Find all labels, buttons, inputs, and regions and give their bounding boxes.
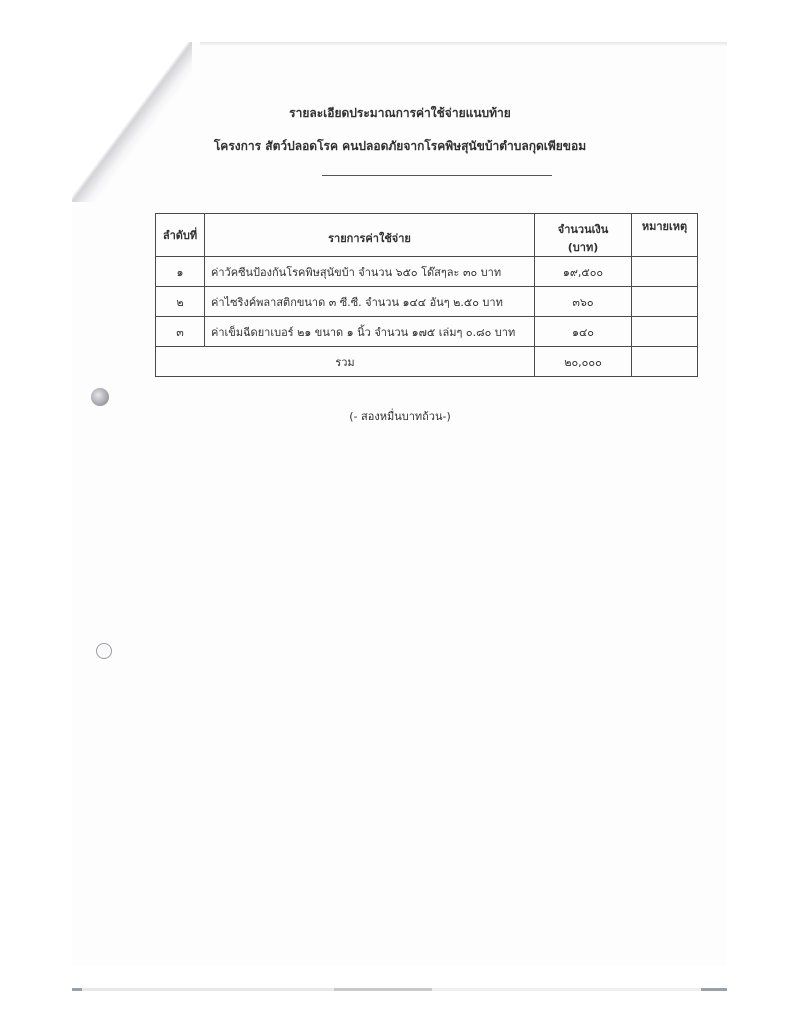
row-amount: ๑๙,๕๐๐: [535, 257, 632, 287]
table-header-row: ลำดับที่ รายการค่าใช้จ่าย จำนวนเงิน (บาท…: [156, 214, 698, 257]
row-no: ๑: [156, 257, 205, 287]
page-top-edge: [200, 42, 727, 46]
project-name: โครงการ สัตว์ปลอดโรค คนปลอดภัยจากโรคพิษส…: [0, 137, 800, 156]
punch-hole-ring-icon: [96, 643, 112, 659]
row-no: ๒: [156, 287, 205, 317]
header-item: รายการค่าใช้จ่าย: [205, 214, 535, 257]
header-amount: จำนวนเงิน (บาท): [535, 214, 632, 257]
punch-hole-icon: [91, 388, 109, 406]
amount-in-words: (- สองหมื่นบาทถ้วน-): [0, 407, 800, 425]
total-row: รวม ๒๐,๐๐๐: [156, 347, 698, 377]
header-note: หมายเหตุ: [632, 214, 698, 257]
total-amount: ๒๐,๐๐๐: [535, 347, 632, 377]
row-item: ค่าไซริงค์พลาสติกขนาด ๓ ซี.ซี. จำนวน ๑๔๔…: [205, 287, 535, 317]
row-item: ค่าเข็มฉีดยาเบอร์ ๒๑ ขนาด ๑ นิ้ว จำนวน ๑…: [205, 317, 535, 347]
title-underline: [322, 175, 552, 176]
row-no: ๓: [156, 317, 205, 347]
document-title: รายละเอียดประมาณการค่าใช้จ่ายแนบท้าย: [0, 104, 800, 123]
row-amount: ๓๖๐: [535, 287, 632, 317]
table-row: ๑ ค่าวัคซีนป้องกันโรคพิษสุนัขบ้า จำนวน ๖…: [156, 257, 698, 287]
row-amount: ๑๔๐: [535, 317, 632, 347]
header-no: ลำดับที่: [156, 214, 205, 257]
total-label: รวม: [156, 347, 535, 377]
table-row: ๒ ค่าไซริงค์พลาสติกขนาด ๓ ซี.ซี. จำนวน ๑…: [156, 287, 698, 317]
page-bottom-edge: [72, 988, 727, 991]
table-row: ๓ ค่าเข็มฉีดยาเบอร์ ๒๑ ขนาด ๑ นิ้ว จำนวน…: [156, 317, 698, 347]
budget-table: ลำดับที่ รายการค่าใช้จ่าย จำนวนเงิน (บาท…: [155, 213, 698, 377]
row-item: ค่าวัคซีนป้องกันโรคพิษสุนัขบ้า จำนวน ๖๕๐…: [205, 257, 535, 287]
row-note: [632, 257, 698, 287]
scanned-page: [72, 42, 727, 965]
row-note: [632, 317, 698, 347]
total-note: [632, 347, 698, 377]
row-note: [632, 287, 698, 317]
